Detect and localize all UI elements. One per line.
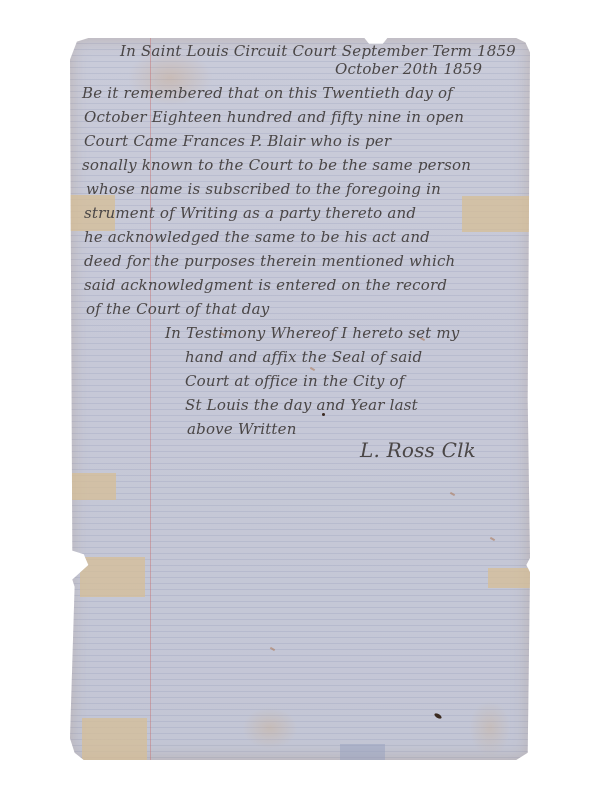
- tape-right-lower: [488, 568, 530, 588]
- closing-line: Court at office in the City of: [185, 372, 405, 390]
- body-line: he acknowledged the same to be his act a…: [84, 228, 430, 246]
- header-court-term: In Saint Louis Circuit Court September T…: [120, 42, 516, 60]
- closing-line: St Louis the day and Year last: [185, 396, 418, 414]
- tape-bottom-center: [340, 744, 385, 760]
- tape-bottom-left: [82, 718, 147, 760]
- tape-right-upper: [462, 196, 530, 232]
- body-line: whose name is subscribed to the foregoin…: [86, 180, 441, 198]
- ink-spot: [434, 712, 443, 719]
- tape-left-middle: [72, 473, 116, 500]
- body-line: strument of Writing as a party thereto a…: [84, 204, 416, 222]
- closing-line: hand and affix the Seal of said: [185, 348, 422, 366]
- body-line: of the Court of that day: [86, 300, 269, 318]
- body-line: October Eighteen hundred and fifty nine …: [84, 108, 464, 126]
- body-line: Be it remembered that on this Twentieth …: [82, 84, 453, 102]
- body-line: sonally known to the Court to be the sam…: [82, 156, 471, 174]
- tape-left-lower: [80, 557, 145, 597]
- closing-line: In Testimony Whereof I hereto set my: [165, 324, 459, 342]
- clerk-signature: L. Ross Clk: [360, 438, 476, 462]
- header-date: October 20th 1859: [335, 60, 482, 78]
- body-line: deed for the purposes therein mentioned …: [84, 252, 455, 270]
- document-page: In Saint Louis Circuit Court September T…: [70, 38, 530, 760]
- body-line: Court Came Frances P. Blair who is per: [84, 132, 391, 150]
- body-line: said acknowledgment is entered on the re…: [84, 276, 447, 294]
- closing-line: above Written: [187, 420, 297, 438]
